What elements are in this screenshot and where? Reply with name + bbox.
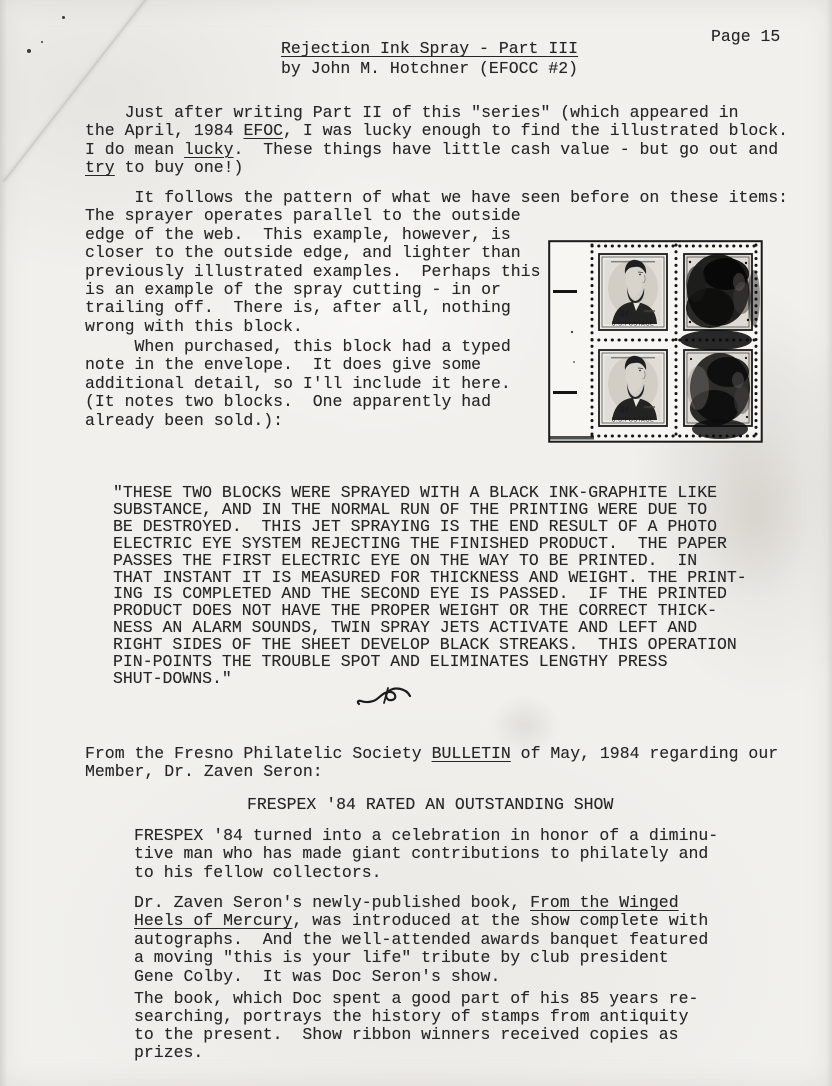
page-number: Page 15 bbox=[711, 28, 780, 46]
lincoln-stamp-bottom-left: 4¢ U.S.POSTAGE bbox=[599, 350, 667, 426]
stamp-block-image: 4¢ U.S.POSTAGE 4¢ U.S.POSTAGE bbox=[548, 240, 763, 443]
handwritten-squiggle bbox=[352, 684, 418, 714]
stamp-inscription: U.S.POSTAGE bbox=[612, 418, 655, 424]
stamp-denomination: 4¢ bbox=[619, 308, 630, 320]
sprayed-stamp-bottom-right bbox=[684, 350, 752, 426]
article-title: Rejection Ink Spray - Part III bbox=[281, 39, 578, 58]
stamp-inscription: U.S.POSTAGE bbox=[612, 322, 655, 328]
article-header: Rejection Ink Spray - Part IIIby John M.… bbox=[281, 39, 578, 79]
paper-speck bbox=[41, 41, 43, 43]
bulletin-paragraph-2: Dr. Zaven Seron's newly-published book, … bbox=[134, 894, 708, 986]
stamp-denomination: 4¢ bbox=[619, 404, 630, 416]
paper-speck bbox=[27, 49, 31, 53]
document-page: Page 15 Rejection Ink Spray - Part IIIby… bbox=[0, 0, 832, 1086]
bulletin-heading: FRESPEX '84 RATED AN OUTSTANDING SHOW bbox=[247, 796, 613, 814]
bulletin-paragraph-1: FRESPEX '84 turned into a celebration in… bbox=[134, 827, 718, 882]
typed-note-quote: "THESE TWO BLOCKS WERE SPRAYED WITH A BL… bbox=[113, 485, 747, 688]
bulletin-paragraph-3: The book, which Doc spent a good part of… bbox=[134, 990, 698, 1062]
lincoln-stamp-top-left: 4¢ U.S.POSTAGE bbox=[599, 254, 667, 330]
sprayed-stamp-top-right bbox=[684, 254, 752, 330]
spray-overflow-bottom bbox=[692, 419, 748, 439]
article-byline: by John M. Hotchner (EFOCC #2) bbox=[281, 59, 578, 78]
paragraph-intro: Just after writing Part II of this "seri… bbox=[85, 104, 788, 178]
spray-overflow-right bbox=[748, 270, 760, 326]
paragraph-purchase-note: When purchased, this block had a typed n… bbox=[85, 338, 511, 430]
bulletin-intro: From the Fresno Philatelic Society BULLE… bbox=[85, 745, 778, 782]
spray-overflow-middle bbox=[680, 330, 752, 350]
photocopy-smudge bbox=[550, 436, 594, 440]
paper-speck bbox=[62, 16, 65, 19]
